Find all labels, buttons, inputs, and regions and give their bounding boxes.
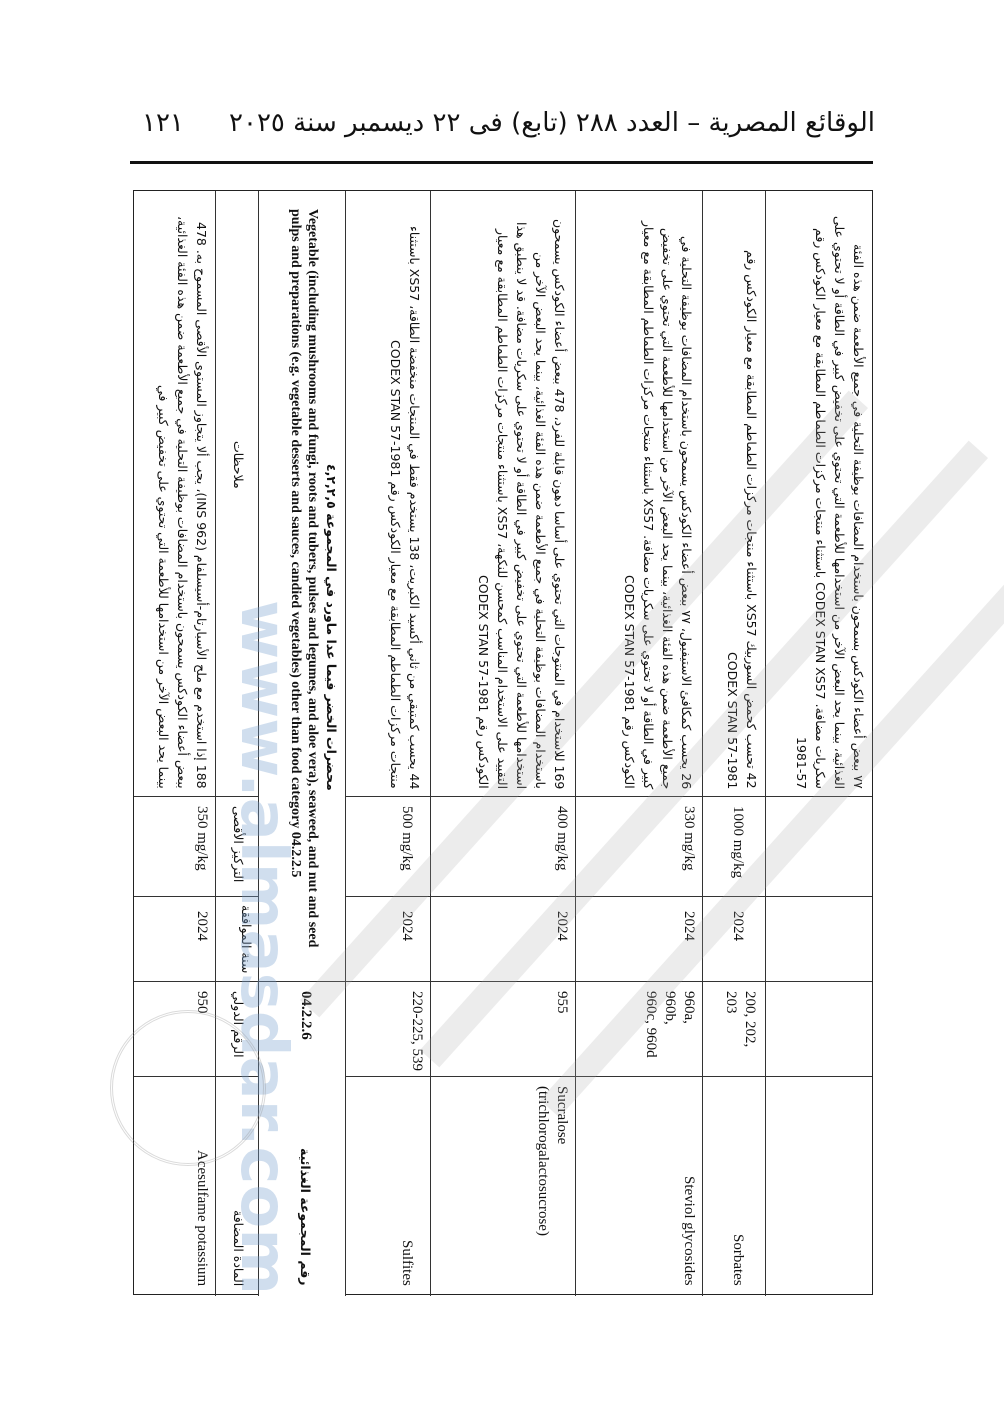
gazette-title: الوقائع المصرية – العدد ٢٨٨ (تابع) فى ٢٢… [229, 108, 875, 138]
year-cell: 2024 [192, 911, 211, 941]
category-code: 04.2.2.6 [296, 991, 315, 1040]
notes-cell: 26 يحسب كمكافئ الاستيفيول، ٧٧ ببعض أعضاء… [578, 209, 696, 789]
additive-cell: Acesulfame potassium [192, 1150, 211, 1286]
notes-cell: ٧٧ ببعض أعضاء الكودكس بسمحون باستخدام ال… [772, 209, 868, 789]
max-level-cell: 350 mg/kg [192, 806, 211, 871]
year-cell: 2024 [679, 911, 698, 941]
header-max-level: التركيز الأقصى [229, 806, 248, 882]
table-row-sucralose: 169 للاستخدام في المنتوجات التي تحتوي عل… [431, 191, 576, 1296]
max-level-cell: 500 mg/kg [397, 806, 416, 871]
table-row-continuation: ٧٧ ببعض أعضاء الكودكس بسمحون باستخدام ال… [766, 191, 874, 1296]
ins-cell: 200, 202, 203 [721, 991, 759, 1071]
header-rule [130, 161, 873, 164]
header-notes: ملاحظات [229, 441, 248, 489]
table-row-steviol-glycosides: 26 يحسب كمكافئ الاستيفيول، ٧٧ ببعض أعضاء… [576, 191, 703, 1296]
notes-cell: 44 يحسب كمتبقي من ثاني أكسيد الكبريت، 13… [346, 209, 424, 789]
header-additive: المادة المضافة [229, 1210, 248, 1286]
ins-cell: 950 [192, 991, 211, 1014]
header-year: سنة الموافقة [237, 903, 256, 973]
year-cell: 2024 [552, 911, 571, 941]
category-english-description: Vegetable (including mushrooms and fungi… [261, 209, 321, 969]
page-number: ١٢١ [142, 108, 184, 138]
year-cell: 2024 [728, 911, 747, 941]
notes-cell: 169 للاستخدام في المنتوجات التي تحتوي عل… [433, 209, 569, 789]
notes-cell: 42 تحسب كحمض السوربيك XS57 باستثناء منتج… [703, 209, 761, 789]
additives-table: ٧٧ ببعض أعضاء الكودكس بسمحون باستخدام ال… [133, 190, 873, 1295]
table-row-sulfites: 44 يحسب كمتبقي من ثاني أكسيد الكبريت، 13… [346, 191, 431, 1296]
year-cell: 2024 [397, 911, 416, 941]
ins-cell: 220-225, 539 [407, 991, 426, 1071]
category-arabic-description: محضرات الخضر فيما عدا ماورد في المجموعة … [321, 441, 341, 791]
category-label: رقم المجموعة الغذائية [296, 1148, 315, 1286]
notes-cell: 188 إذا استخدم مع ملح الأسبارتام-أسيسلفا… [135, 209, 211, 789]
ins-cell: 955 [552, 991, 571, 1014]
additive-cell: Sulfites [397, 1240, 416, 1286]
table-row-category: محضرات الخضر فيما عدا ماورد في المجموعة … [259, 191, 346, 1296]
table-row-sorbates: 42 تحسب كحمض السوربيك XS57 باستثناء منتج… [703, 191, 766, 1296]
ins-cell: 960a, 960b, 960c, 960d [641, 991, 698, 1061]
additive-cell: Steviol glycosides [679, 1176, 698, 1286]
max-level-cell: 400 mg/kg [552, 806, 571, 871]
max-level-cell: 1000 mg/kg [728, 806, 747, 878]
header-ins: الرقم الدولي [229, 991, 248, 1058]
page-header: الوقائع المصرية – العدد ٢٨٨ (تابع) فى ٢٢… [130, 108, 875, 148]
table-row-acesulfame-potassium: 188 إذا استخدم مع ملح الأسبارتام-أسيسلفا… [134, 191, 216, 1296]
additive-cell: Sorbates [728, 1234, 747, 1286]
additive-cell: Sucralose (trichlorogalactosucrose) [533, 1086, 571, 1286]
table-header-row: ملاحظات التركيز الأقصى سنة الموافقة الرق… [216, 191, 259, 1296]
max-level-cell: 330 mg/kg [679, 806, 698, 871]
